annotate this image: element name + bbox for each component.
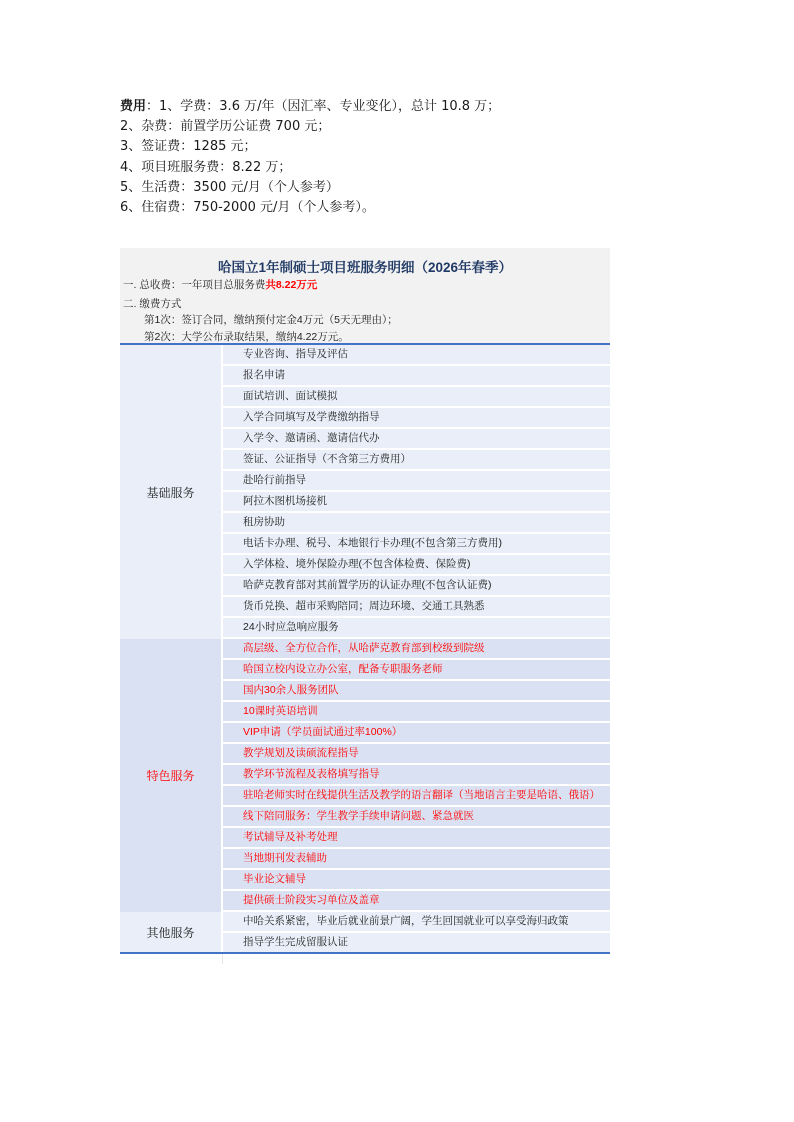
- service-row: 指导学生完成留服认证: [223, 933, 610, 952]
- service-row: VIP申请（学员面试通过率100%）: [223, 723, 610, 744]
- service-row: 10课时英语培训: [223, 702, 610, 723]
- service-row: 当地期刊发表辅助: [223, 849, 610, 870]
- service-items: 专业咨询、指导及评估 报名申请 面试培训、面试模拟 入学合同填写及学费缴纳指导 …: [223, 345, 610, 639]
- service-row: 考试辅导及补考处理: [223, 828, 610, 849]
- service-detail-sheet: 哈国立1年制硕士项目班服务明细（2026年春季） 一. 总收费：一年项目总服务费…: [120, 248, 610, 964]
- fee-line-2: 2、杂费：前置学历公证费 700 元；: [120, 117, 500, 137]
- service-row: 国内30余人服务团队: [223, 681, 610, 702]
- service-row: 电话卡办理、税号、本地银行卡办理(不包含第三方费用): [223, 534, 610, 555]
- service-row: 哈萨克教育部对其前置学历的认证办理(不包含认证费): [223, 576, 610, 597]
- service-row: 入学合同填写及学费缴纳指导: [223, 408, 610, 429]
- section-basic-services: 基础服务 专业咨询、指导及评估 报名申请 面试培训、面试模拟 入学合同填写及学费…: [120, 345, 610, 639]
- section-other-services: 其他服务 中哈关系紧密，毕业后就业前景广阔，学生回国就业可以享受海归政策 指导学…: [120, 912, 610, 952]
- service-row: 报名申请: [223, 366, 610, 387]
- sheet-tail: [222, 954, 610, 964]
- fee-line-1: 费用：1、学费：3.6 万/年（因汇率、专业变化），总计 10.8 万；: [120, 97, 500, 117]
- service-row: 签证、公证指导（不含第三方费用）: [223, 450, 610, 471]
- service-row: 专业咨询、指导及评估: [223, 345, 610, 366]
- payment-step-1: 第1次：签订合同，缴纳预付定金4万元（5天无理由）；: [144, 312, 398, 327]
- service-row: 阿拉木图机场接机: [223, 492, 610, 513]
- service-row: 赴哈行前指导: [223, 471, 610, 492]
- service-row: 入学令、邀请函、邀请信代办: [223, 429, 610, 450]
- service-row: 中哈关系紧密，毕业后就业前景广阔，学生回国就业可以享受海归政策: [223, 912, 610, 933]
- service-row: 面试培训、面试模拟: [223, 387, 610, 408]
- total-fee-value: 共8.22万元: [265, 279, 317, 291]
- fees-label: 费用: [120, 99, 146, 114]
- service-row: 货币兑换、超市采购陪同；周边环境、交通工具熟悉: [223, 597, 610, 618]
- service-row: 教学环节流程及表格填写指导: [223, 765, 610, 786]
- service-row: 提供硕士阶段实习单位及盖章: [223, 891, 610, 912]
- service-row: 哈国立校内设立办公室，配备专职服务老师: [223, 660, 610, 681]
- service-row: 租房协助: [223, 513, 610, 534]
- service-row: 24小时应急响应服务: [223, 618, 610, 639]
- service-row: 线下陪同服务：学生教学手续申请问题、紧急就医: [223, 807, 610, 828]
- sheet-header: 哈国立1年制硕士项目班服务明细（2026年春季） 一. 总收费：一年项目总服务费…: [120, 248, 610, 343]
- service-items: 高层级、全方位合作，从哈萨克教育部到校级到院级 哈国立校内设立办公室，配备专职服…: [223, 639, 610, 912]
- fee-line-5: 5、生活费：3500 元/月（个人参考）: [120, 178, 500, 198]
- category-label: 特色服务: [120, 639, 223, 912]
- service-row: 驻哈老师实时在线提供生活及教学的语言翻译（当地语言主要是哈语、俄语）: [223, 786, 610, 807]
- service-row: 教学规划及读硕流程指导: [223, 744, 610, 765]
- service-row: 毕业论文辅导: [223, 870, 610, 891]
- payment-step-2: 第2次：大学公布录取结果，缴纳4.22万元。: [144, 329, 349, 344]
- fee-line-3: 3、签证费：1285 元；: [120, 137, 500, 157]
- service-row: 入学体检、境外保险办理(不包含体检费、保险费): [223, 555, 610, 576]
- sheet-title: 哈国立1年制硕士项目班服务明细（2026年春季）: [120, 256, 610, 276]
- category-label: 其他服务: [120, 912, 223, 952]
- total-fee-line: 一. 总收费：一年项目总服务费共8.22万元: [123, 277, 317, 292]
- fees-list: 费用：1、学费：3.6 万/年（因汇率、专业变化），总计 10.8 万； 2、杂…: [120, 97, 500, 218]
- service-row: 高层级、全方位合作，从哈萨克教育部到校级到院级: [223, 639, 610, 660]
- category-label: 基础服务: [120, 345, 223, 639]
- section-special-services: 特色服务 高层级、全方位合作，从哈萨克教育部到校级到院级 哈国立校内设立办公室，…: [120, 639, 610, 912]
- fee-line-6: 6、住宿费：750-2000 元/月（个人参考）。: [120, 198, 500, 218]
- service-items: 中哈关系紧密，毕业后就业前景广阔，学生回国就业可以享受海归政策 指导学生完成留服…: [223, 912, 610, 952]
- payment-heading: 二. 缴费方式: [123, 296, 181, 311]
- fee-line-4: 4、项目班服务费：8.22 万；: [120, 158, 500, 178]
